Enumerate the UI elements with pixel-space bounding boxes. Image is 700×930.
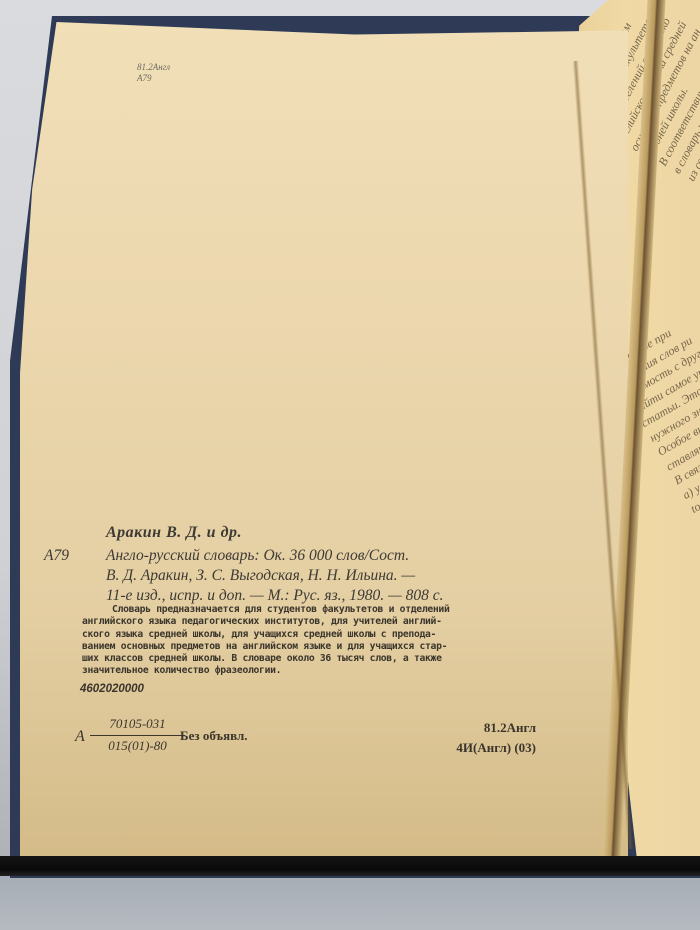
annotation-line: английского языка педагогических институ… [82,616,552,628]
price-numerator: 70105-031 [90,716,185,736]
udk-code: 4И(Англ) (03) [420,738,536,758]
annotation-line: значительное количество фразеологии. [82,665,552,677]
price-prefix: А [75,728,85,746]
book-photo: Настоящий восьмым студентов факультетов … [0,0,700,930]
entry-line: А79Англо-русский словарь: Ок. 36 000 сло… [44,546,564,566]
top-bbk-code: 81.2Англ [137,62,170,73]
isbn-code: 4602020000 [80,683,144,695]
annotation-line: ванием основных предметов на английском … [82,641,552,653]
price-denominator: 015(01)-80 [90,736,185,756]
price-note: Без объявл. [180,728,248,744]
top-author-mark: А79 [137,73,170,84]
annotation-line: ших классов средней школы. В словаре око… [82,653,552,665]
annotation: Словарь предназначается для студентов фа… [82,604,552,678]
bibliographic-entry: Аракин В. Д. и др. А79Англо-русский слов… [44,524,564,606]
entry-author-mark: А79 [44,546,106,566]
entry-compilers: В. Д. Аракин, З. С. Выгодская, Н. Н. Иль… [106,566,564,586]
book-bottom-edge [0,856,700,876]
annotation-line: ского языка средней школы, для учащихся … [82,629,552,641]
price-fraction: 70105-031 015(01)-80 [90,716,185,756]
table-surface [0,875,700,930]
top-classification: 81.2Англ А79 [137,62,170,84]
entry-author: Аракин В. Д. и др. [106,524,564,546]
bbk-code: 81.2Англ [440,718,536,738]
entry-edition: 11-е изд., испр. и доп. — М.: Рус. яз., … [106,586,564,606]
classification-codes: 81.2Англ 4И(Англ) (03) [440,718,536,758]
annotation-line: Словарь предназначается для студентов фа… [82,604,552,616]
entry-title: Англо-русский словарь: Ок. 36 000 слов/С… [106,547,409,564]
